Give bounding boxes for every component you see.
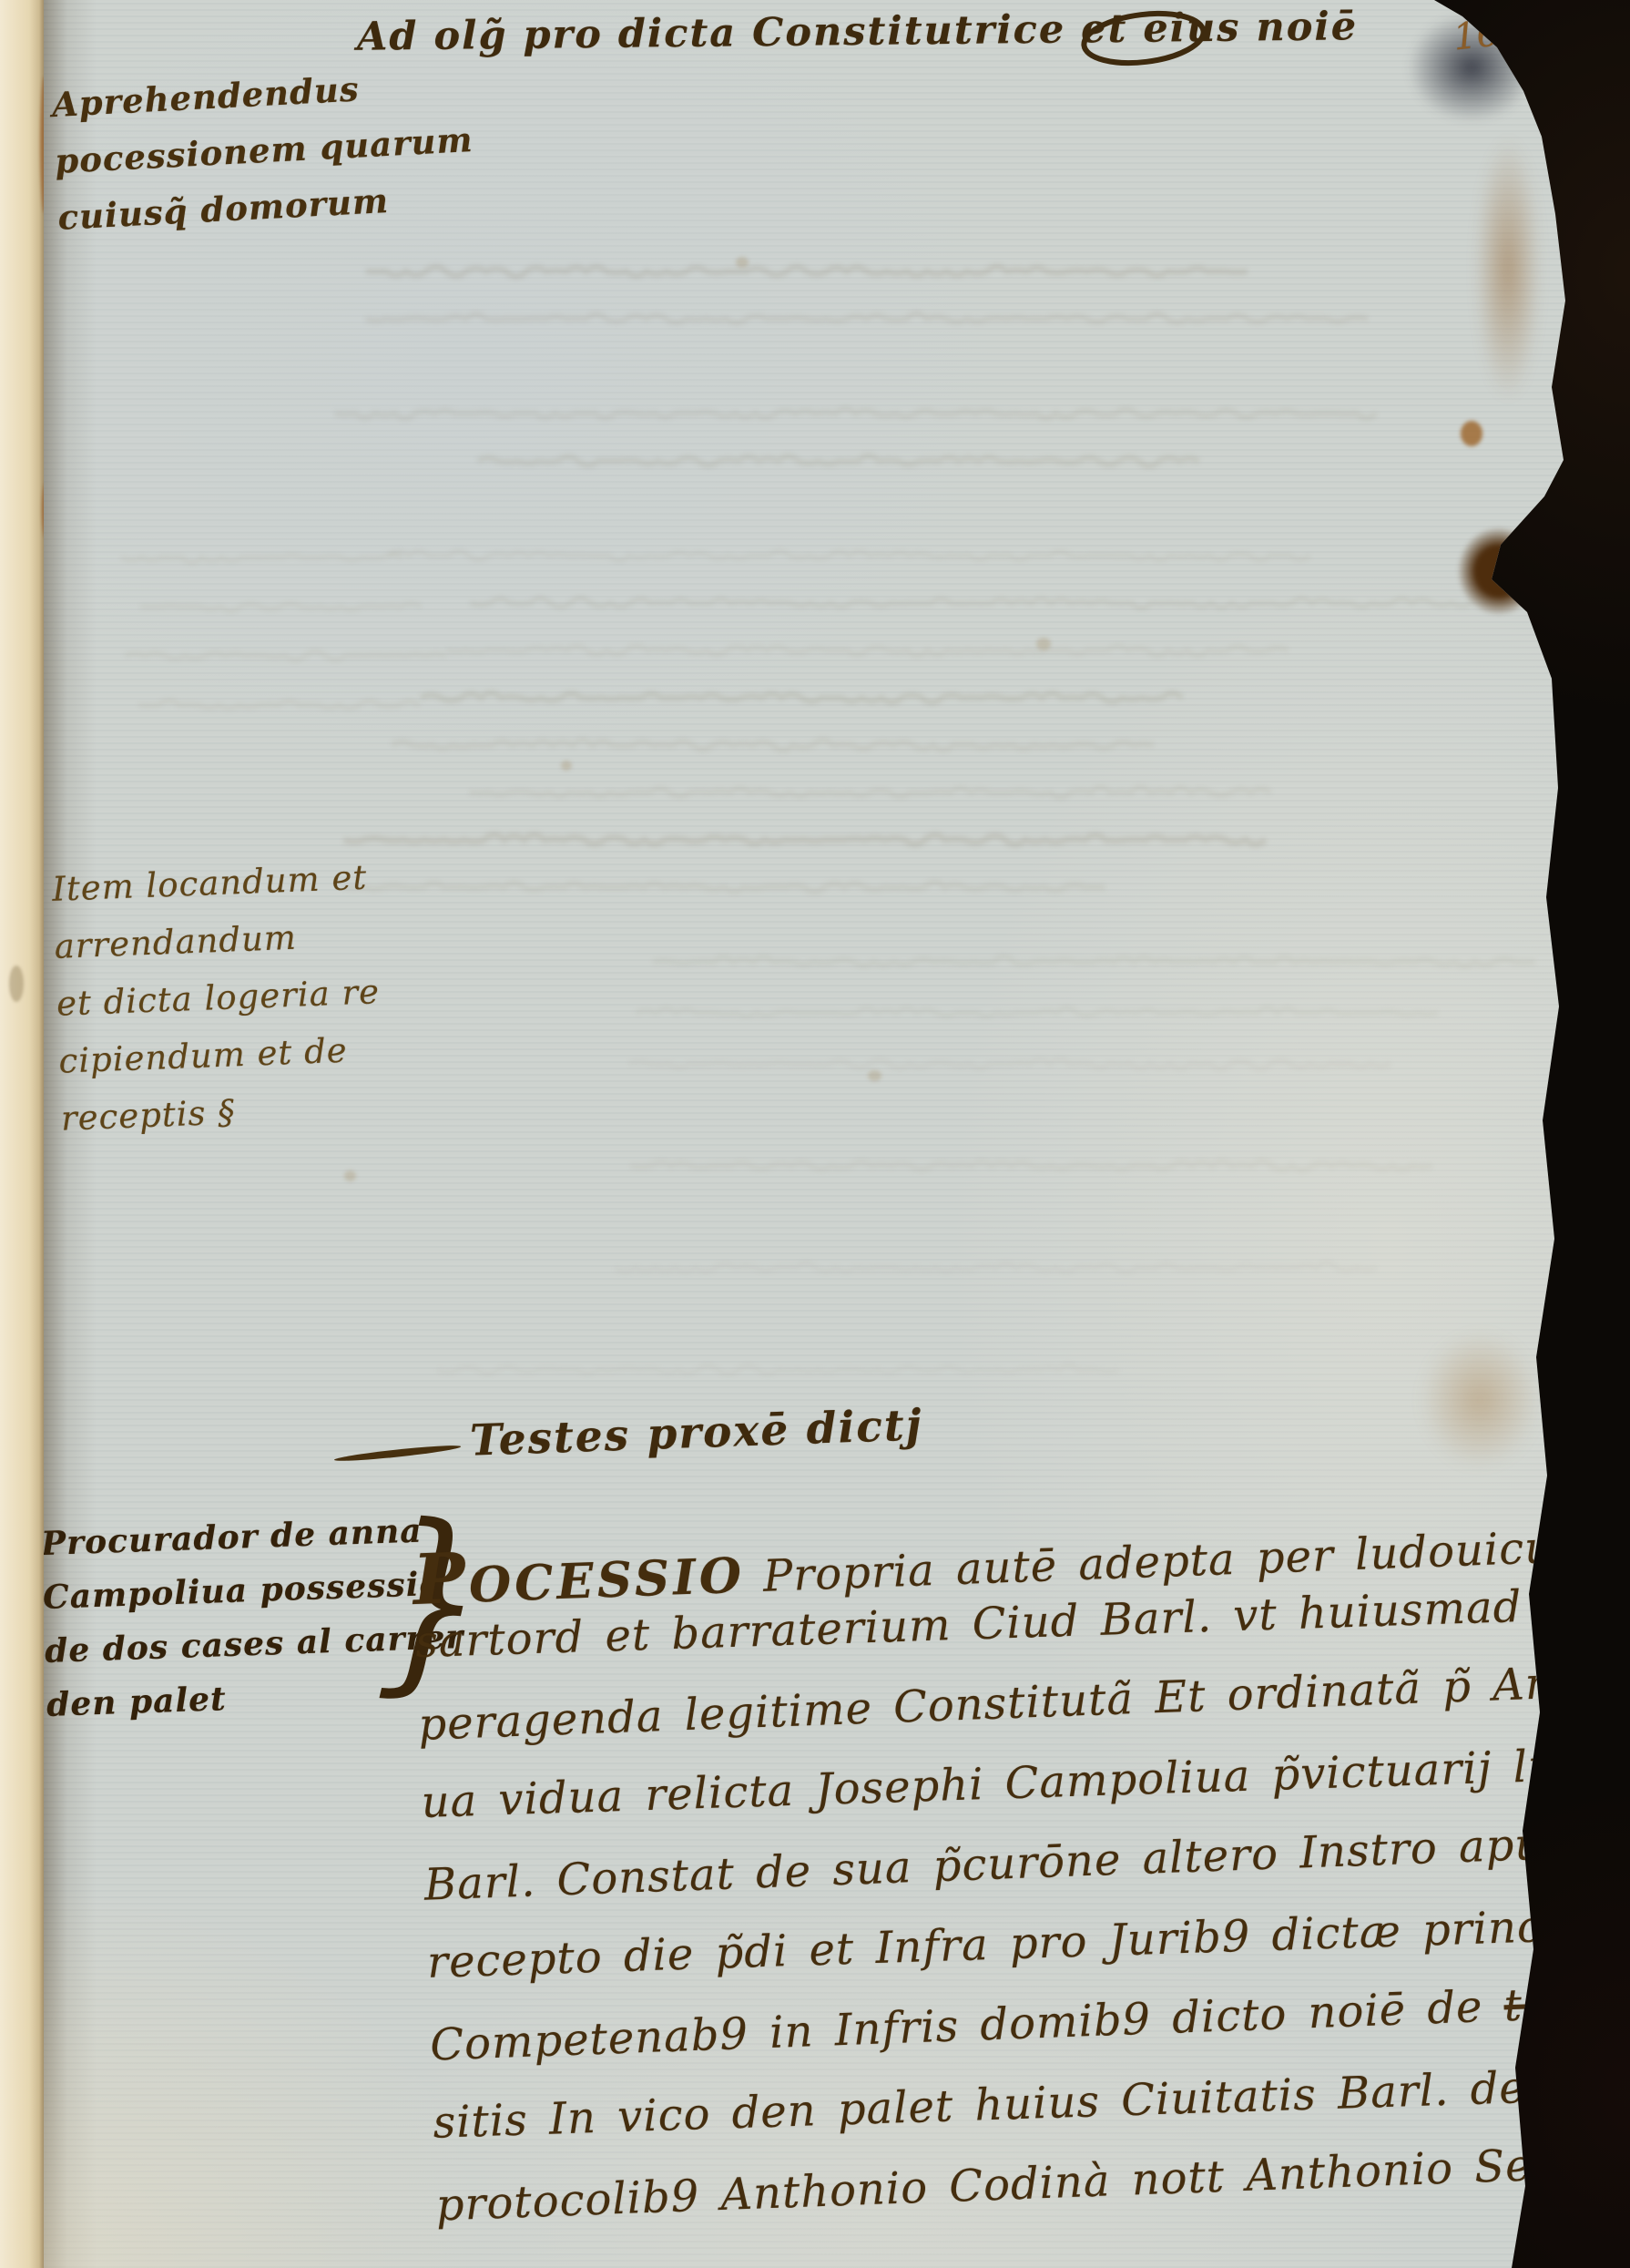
- foxing-spot: [868, 1070, 881, 1081]
- edge-damage-stain: [1457, 526, 1541, 616]
- manuscript-page: 16 Ad olg̃ pro dicta Constitutrice et ei…: [44, 0, 1574, 2268]
- brown-blotch-stain: [1421, 1332, 1539, 1468]
- drop-cap-word: Pocessio: [412, 1527, 746, 1620]
- header-flourish: [1071, 7, 1226, 80]
- corrected-passage: duab9tons illis: [1503, 1973, 1630, 2031]
- margin-note-apprehension: Aprehendendus pocessionem quarum cuiusq̃…: [50, 55, 477, 246]
- margin-note-line: receptis §: [60, 1078, 385, 1148]
- foxing-spot: [1036, 638, 1051, 650]
- brown-edge-stain: [1475, 137, 1541, 401]
- foxing-spot: [736, 257, 749, 268]
- rust-streak: [9, 965, 24, 1002]
- foxing-spot: [344, 1170, 356, 1181]
- rust-spot: [1461, 421, 1482, 446]
- folio-number: 16: [1452, 12, 1502, 58]
- witness-heading: Testes proxē dictj: [469, 1400, 923, 1466]
- margin-note-letting: Item locandum et arrendandum et dicta lo…: [51, 848, 385, 1147]
- interlineation: duab9: [1550, 1936, 1630, 1977]
- photograph-background: 16 Ad olg̃ pro dicta Constitutrice et ei…: [0, 0, 1630, 2268]
- body-paragraph: PocessioPropria autē adepta per ludouicu…: [412, 1497, 1584, 2261]
- foxing-spot: [561, 761, 572, 771]
- struck-through-text: tons illis: [1503, 1973, 1630, 2031]
